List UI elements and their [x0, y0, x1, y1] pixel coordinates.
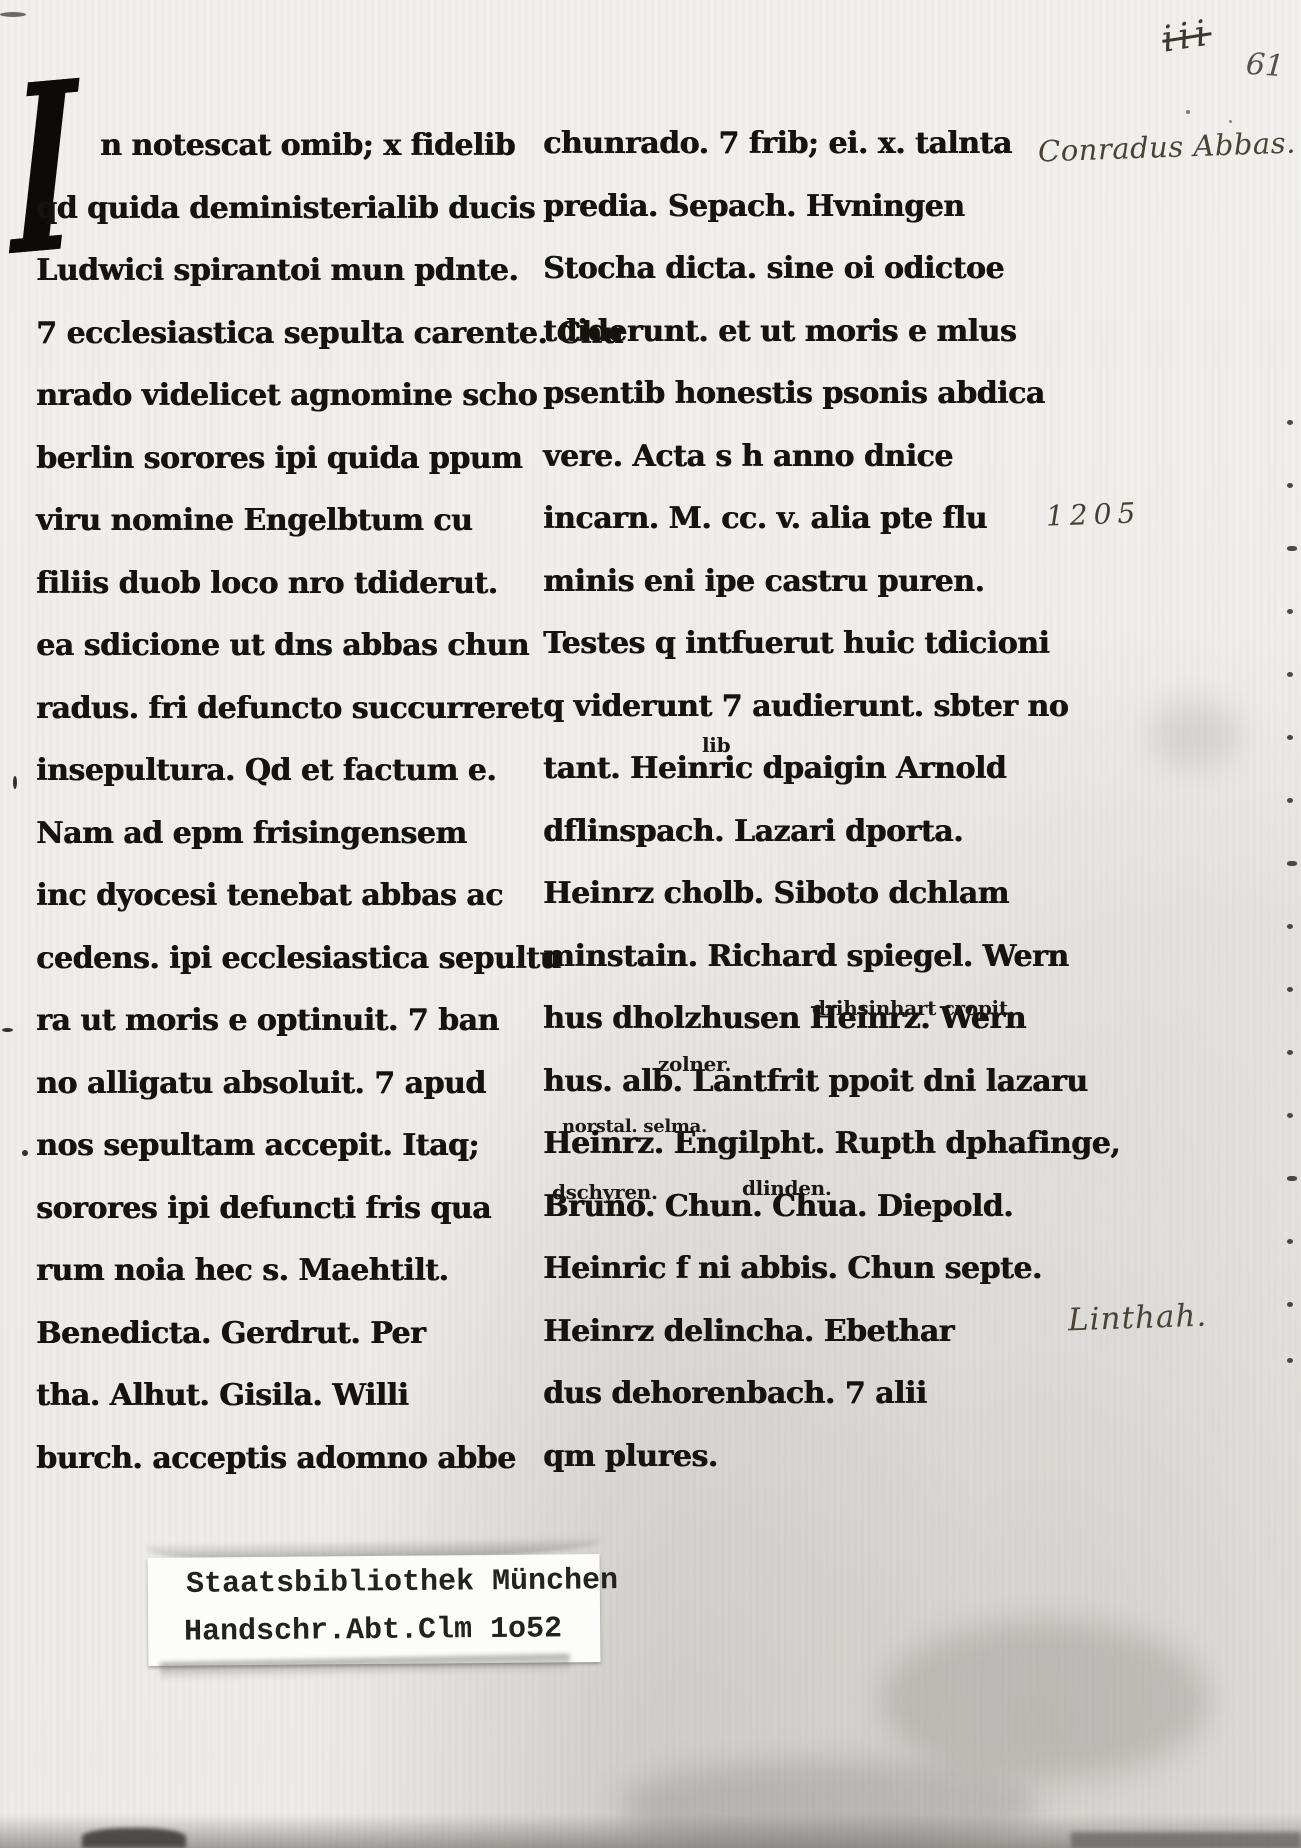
canceled-foliation: iii	[1159, 12, 1214, 60]
manuscript-line: viru nomine Engelbtum cu	[36, 503, 481, 566]
manuscript-line: no alligatu absoluit. 7 apud	[36, 1066, 481, 1129]
paper-speck	[13, 776, 17, 789]
manuscript-line: q viderunt 7 audierunt. sbter no	[543, 689, 1013, 752]
interlinear-gloss: drihsinhart cropit.	[812, 996, 1014, 1020]
photo-smudge	[880, 1620, 1210, 1780]
manuscript-line: rum noia hec s. Maehtilt.	[36, 1253, 481, 1316]
library-label-line1: Staatsbibliothek München	[186, 1564, 618, 1602]
manuscript-line: dflinspach. Lazari dporta.	[543, 814, 1013, 877]
interlinear-gloss: zolner.	[658, 1052, 731, 1076]
manuscript-line: vere. Acta s h anno dnice	[543, 439, 1013, 502]
film-dot	[1287, 1176, 1297, 1181]
manuscript-line: Heinrz delincha. Ebethar	[543, 1314, 1013, 1377]
interlinear-gloss: norstal. selma.	[562, 1116, 707, 1137]
manuscript-line: predia. Sepach. Hvningen	[543, 189, 1013, 252]
manuscript-line: Stocha dicta. sine oi odictoe	[543, 251, 1013, 314]
manuscript-line: Ludwici spirantoi mun pdnte.	[36, 253, 481, 316]
manuscript-line: filiis duob loco nro tdiderut.	[36, 566, 481, 629]
film-dot	[1287, 1239, 1293, 1244]
photo-smudge	[1150, 700, 1240, 770]
manuscript-line: Benedicta. Gerdrut. Per	[36, 1316, 481, 1379]
manuscript-column-left: n notescat omib; x fidelibqd quida demin…	[36, 128, 481, 1503]
photo-edge-shadow	[1071, 1832, 1301, 1848]
photo-edge-shadow	[82, 1828, 186, 1848]
manuscript-line: radus. fri defuncto succurreret	[36, 691, 481, 754]
paper-speck	[1229, 120, 1232, 123]
manuscript-line: tant. Heinric dpaigin Arnold	[543, 751, 1013, 814]
manuscript-line: burch. acceptis adomno abbe	[36, 1441, 481, 1504]
manuscript-line: chunrado. 7 frib; ei. x. talnta	[543, 126, 1013, 189]
manuscript-line: nos sepultam accepit. Itaq;	[36, 1128, 481, 1191]
manuscript-photo: I n notescat omib; x fidelibqd quida dem…	[0, 0, 1301, 1848]
paper-speck	[0, 12, 26, 17]
manuscript-line: dus dehorenbach. 7 alii	[543, 1376, 1013, 1439]
film-dot	[1287, 987, 1293, 992]
manuscript-line: Testes q intfuerut huic tdicioni	[543, 626, 1013, 689]
film-dot	[1287, 483, 1293, 488]
manuscript-line: nrado videlicet agnomine scho	[36, 378, 481, 441]
manuscript-line: cedens. ipi ecclesiastica sepultu	[36, 941, 481, 1004]
film-dot	[1287, 1050, 1293, 1055]
margin-annotation-abbot: Conradus Abbas.	[1037, 126, 1296, 169]
film-dot	[1287, 1113, 1293, 1118]
film-dot	[1287, 420, 1293, 425]
film-dot	[1287, 672, 1293, 677]
manuscript-line: tha. Alhut. Gisila. Willi	[36, 1378, 481, 1441]
manuscript-column-right: chunrado. 7 frib; ei. x. talntapredia. S…	[543, 126, 1013, 1501]
margin-annotation-place: Linthah.	[1067, 1298, 1207, 1339]
interlinear-gloss: lib	[702, 733, 730, 757]
film-dot	[1287, 609, 1293, 614]
manuscript-line: berlin sorores ipi quida ppum	[36, 441, 481, 504]
manuscript-line: minstain. Richard spiegel. Wern	[543, 939, 1013, 1002]
library-label-line2: Handschr.Abt.Clm 1o52	[184, 1612, 562, 1649]
manuscript-line: minis eni ipe castru puren.	[543, 564, 1013, 627]
manuscript-line: incarn. M. cc. v. alia pte flu	[543, 501, 1013, 564]
film-dot	[1287, 1302, 1293, 1307]
film-dot	[1287, 735, 1293, 740]
film-dot	[1287, 1358, 1293, 1363]
manuscript-line: psentib honestis psonis abdica	[543, 376, 1013, 439]
manuscript-line: Heinrz cholb. Siboto dchlam	[543, 876, 1013, 939]
film-dot	[1287, 924, 1293, 929]
film-dot	[1287, 861, 1297, 866]
paper-speck	[22, 1150, 28, 1156]
manuscript-line: 7 ecclesiastica sepulta carente. Chu	[36, 316, 481, 379]
manuscript-line: insepultura. Qd et factum e.	[36, 753, 481, 816]
interlinear-gloss: dlinden.	[742, 1176, 832, 1200]
film-dot	[1287, 798, 1293, 803]
margin-annotation-year: 1205	[1045, 496, 1141, 532]
manuscript-line: Heinric f ni abbis. Chun septe.	[543, 1251, 1013, 1314]
manuscript-line: n notescat omib; x fidelib	[36, 128, 481, 191]
folio-number: 61	[1245, 47, 1286, 85]
manuscript-line: qd quida deministerialib ducis	[36, 191, 481, 254]
film-dot	[1287, 546, 1297, 551]
manuscript-line: qm plures.	[543, 1439, 1013, 1502]
manuscript-line: inc dyocesi tenebat abbas ac	[36, 878, 481, 941]
interlinear-gloss: dschyren.	[552, 1180, 658, 1204]
manuscript-line: Nam ad epm frisingensem	[36, 816, 481, 879]
paper-speck	[1186, 110, 1190, 114]
manuscript-line: ra ut moris e optinuit. 7 ban	[36, 1003, 481, 1066]
paper-speck	[2, 1028, 13, 1032]
manuscript-line: sorores ipi defuncti fris qua	[36, 1191, 481, 1254]
manuscript-line: tdiderunt. et ut moris e mlus	[543, 314, 1013, 377]
manuscript-line: ea sdicione ut dns abbas chun	[36, 628, 481, 691]
